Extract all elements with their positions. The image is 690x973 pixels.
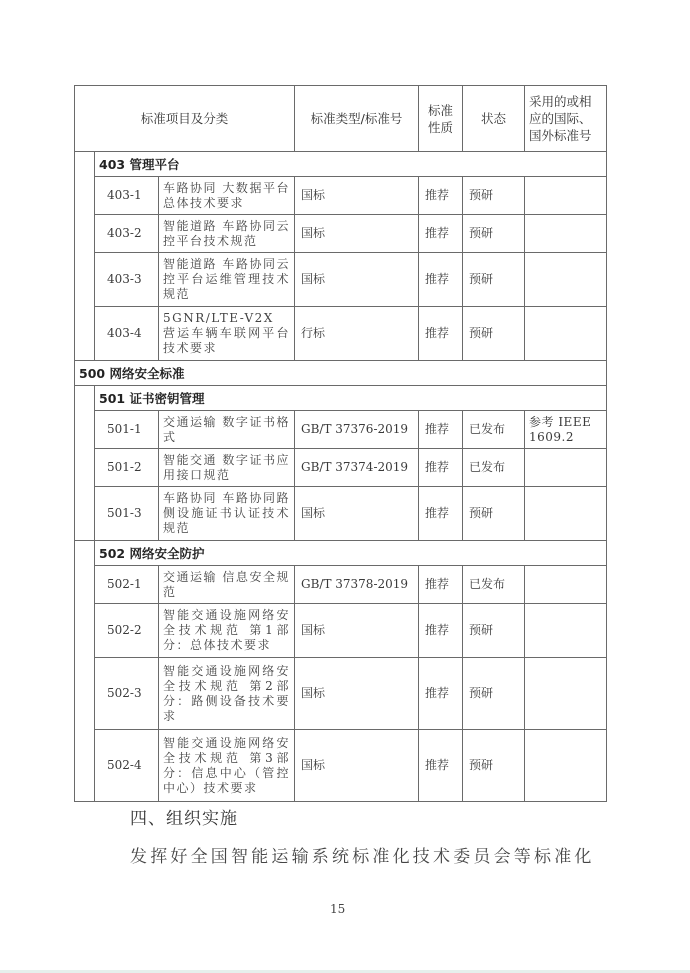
- row-code: 403-1: [95, 177, 159, 215]
- row-code: 501-2: [95, 449, 159, 487]
- row-code: 502-2: [95, 604, 159, 658]
- row-nature: 推荐: [419, 253, 463, 307]
- row-nature: 推荐: [419, 307, 463, 361]
- row-nature: 推荐: [419, 411, 463, 449]
- row-nature: 推荐: [419, 177, 463, 215]
- row-status: 已发布: [463, 566, 525, 604]
- row-type: 国标: [295, 253, 419, 307]
- table-row: 502-2 智能交通设施网络安全技术规范 第1部分：总体技术要求 国标 推荐 预…: [75, 604, 607, 658]
- row-name: 车路协同 车路协同路侧设施证书认证技术规范: [159, 487, 295, 541]
- row-code: 502-1: [95, 566, 159, 604]
- table-row: 501-2 智能交通 数字证书应用接口规范 GB/T 37374-2019 推荐…: [75, 449, 607, 487]
- table-row: 403-2 智能道路 车路协同云控平台技术规范 国标 推荐 预研: [75, 215, 607, 253]
- row-code: 501-1: [95, 411, 159, 449]
- indent-cell: [75, 487, 95, 541]
- section-row-501: 501 证书密钥管理: [75, 386, 607, 411]
- body-paragraph: 发挥好全国智能运输系统标准化技术委员会等标准化: [130, 842, 595, 867]
- indent-cell: [75, 177, 95, 215]
- row-status: 预研: [463, 730, 525, 802]
- indent-cell: [75, 411, 95, 449]
- row-ref: [525, 253, 607, 307]
- row-type: 国标: [295, 215, 419, 253]
- row-name: 交通运输 数字证书格式: [159, 411, 295, 449]
- row-nature: 推荐: [419, 487, 463, 541]
- header-item: 标准项目及分类: [75, 86, 295, 152]
- table-row: 502-4 智能交通设施网络安全技术规范 第3部分：信息中心（管控中心）技术要求…: [75, 730, 607, 802]
- row-status: 预研: [463, 177, 525, 215]
- row-type: GB/T 37376-2019: [295, 411, 419, 449]
- table-row: 501-3 车路协同 车路协同路侧设施证书认证技术规范 国标 推荐 预研: [75, 487, 607, 541]
- row-type: 行标: [295, 307, 419, 361]
- indent-cell: [75, 307, 95, 361]
- row-name: 交通运输 信息安全规范: [159, 566, 295, 604]
- section-row-403: 403 管理平台: [75, 152, 607, 177]
- row-nature: 推荐: [419, 215, 463, 253]
- indent-cell: [75, 215, 95, 253]
- row-status: 预研: [463, 253, 525, 307]
- indent-cell: [75, 152, 95, 177]
- header-ref: 采用的或相应的国际、国外标准号: [525, 86, 607, 152]
- row-ref: [525, 449, 607, 487]
- row-ref: [525, 215, 607, 253]
- row-type: 国标: [295, 177, 419, 215]
- row-name: 智能交通设施网络安全技术规范 第3部分：信息中心（管控中心）技术要求: [159, 730, 295, 802]
- section-label: 501 证书密钥管理: [95, 386, 607, 411]
- row-name: 智能交通 数字证书应用接口规范: [159, 449, 295, 487]
- row-ref: [525, 566, 607, 604]
- row-code: 502-3: [95, 658, 159, 730]
- row-type: 国标: [295, 487, 419, 541]
- section-row-502: 502 网络安全防护: [75, 541, 607, 566]
- indent-cell: [75, 386, 95, 411]
- row-nature: 推荐: [419, 604, 463, 658]
- header-status: 状态: [463, 86, 525, 152]
- row-name: 智能道路 车路协同云控平台技术规范: [159, 215, 295, 253]
- row-status: 预研: [463, 487, 525, 541]
- row-code: 502-4: [95, 730, 159, 802]
- row-name: 智能交通设施网络安全技术规范 第1部分：总体技术要求: [159, 604, 295, 658]
- row-name: 智能道路 车路协同云控平台运维管理技术规范: [159, 253, 295, 307]
- indent-cell: [75, 730, 95, 802]
- section-row-500: 500 网络安全标准: [75, 361, 607, 386]
- section-label: 403 管理平台: [95, 152, 607, 177]
- row-nature: 推荐: [419, 658, 463, 730]
- table-row: 502-3 智能交通设施网络安全技术规范 第2部分：路侧设备技术要求 国标 推荐…: [75, 658, 607, 730]
- row-code: 403-4: [95, 307, 159, 361]
- row-type: 国标: [295, 604, 419, 658]
- row-type: GB/T 37378-2019: [295, 566, 419, 604]
- row-name: 车路协同 大数据平台总体技术要求: [159, 177, 295, 215]
- row-ref: 参考 IEEE 1609.2: [525, 411, 607, 449]
- row-code: 501-3: [95, 487, 159, 541]
- section-label: 502 网络安全防护: [95, 541, 607, 566]
- row-code: 403-3: [95, 253, 159, 307]
- row-ref: [525, 487, 607, 541]
- table-row: 501-1 交通运输 数字证书格式 GB/T 37376-2019 推荐 已发布…: [75, 411, 607, 449]
- header-nature: 标准 性质: [419, 86, 463, 152]
- standards-table: 标准项目及分类 标准类型/标准号 标准 性质 状态 采用的或相应的国际、国外标准…: [74, 85, 607, 802]
- row-type: GB/T 37374-2019: [295, 449, 419, 487]
- row-status: 预研: [463, 658, 525, 730]
- row-nature: 推荐: [419, 566, 463, 604]
- table-row: 403-1 车路协同 大数据平台总体技术要求 国标 推荐 预研: [75, 177, 607, 215]
- row-status: 已发布: [463, 449, 525, 487]
- row-ref: [525, 177, 607, 215]
- row-nature: 推荐: [419, 449, 463, 487]
- section-label: 500 网络安全标准: [75, 361, 607, 386]
- row-ref: [525, 658, 607, 730]
- indent-cell: [75, 658, 95, 730]
- section-heading: 四、组织实施: [130, 804, 238, 829]
- row-type: 国标: [295, 658, 419, 730]
- row-ref: [525, 604, 607, 658]
- page-number: 15: [330, 902, 345, 916]
- standards-table-container: 标准项目及分类 标准类型/标准号 标准 性质 状态 采用的或相应的国际、国外标准…: [74, 85, 606, 802]
- row-ref: [525, 307, 607, 361]
- header-type: 标准类型/标准号: [295, 86, 419, 152]
- table-row: 403-4 5GNR/LTE-V2X 营运车辆车联网平台技术要求 行标 推荐 预…: [75, 307, 607, 361]
- row-status: 已发布: [463, 411, 525, 449]
- indent-cell: [75, 253, 95, 307]
- row-status: 预研: [463, 215, 525, 253]
- row-status: 预研: [463, 307, 525, 361]
- indent-cell: [75, 604, 95, 658]
- indent-cell: [75, 541, 95, 566]
- row-name: 智能交通设施网络安全技术规范 第2部分：路侧设备技术要求: [159, 658, 295, 730]
- table-header-row: 标准项目及分类 标准类型/标准号 标准 性质 状态 采用的或相应的国际、国外标准…: [75, 86, 607, 152]
- row-name: 5GNR/LTE-V2X 营运车辆车联网平台技术要求: [159, 307, 295, 361]
- table-row: 403-3 智能道路 车路协同云控平台运维管理技术规范 国标 推荐 预研: [75, 253, 607, 307]
- row-code: 403-2: [95, 215, 159, 253]
- row-nature: 推荐: [419, 730, 463, 802]
- row-ref: [525, 730, 607, 802]
- indent-cell: [75, 566, 95, 604]
- table-row: 502-1 交通运输 信息安全规范 GB/T 37378-2019 推荐 已发布: [75, 566, 607, 604]
- indent-cell: [75, 449, 95, 487]
- row-status: 预研: [463, 604, 525, 658]
- row-type: 国标: [295, 730, 419, 802]
